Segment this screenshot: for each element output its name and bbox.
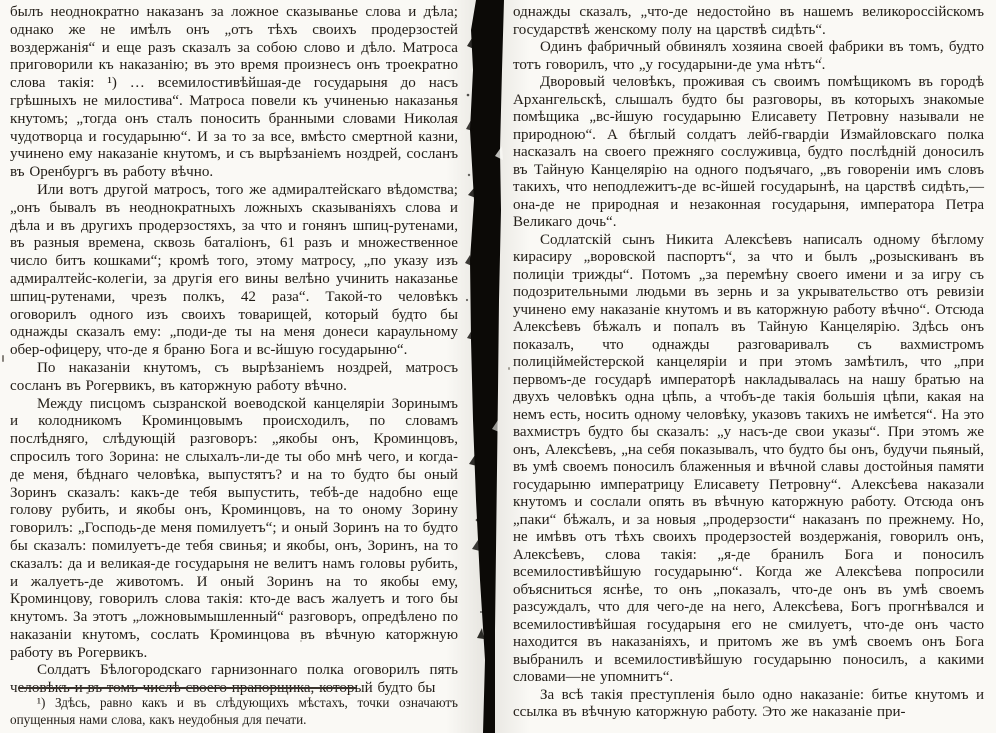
footnote-rule [18, 687, 356, 689]
right-text-column: однажды сказалъ, „что-де недостойно въ н… [513, 4, 984, 722]
book-page: былъ неоднократно наказанъ за ложное ска… [0, 0, 996, 733]
paragraph: За всѣ такія преступленія было одно нака… [513, 687, 984, 722]
paragraph: однажды сказалъ, „что-де недостойно въ н… [513, 4, 984, 39]
scan-speck [508, 367, 510, 370]
paragraph: Или вотъ другой матросъ, того же адмирал… [10, 182, 458, 360]
paragraph: По наказаніи кнутомъ, съ вырѣзаніемъ ноз… [10, 360, 458, 396]
scan-speck [300, 640, 302, 642]
paragraph: Между писцомъ сызранской воеводской канц… [10, 396, 458, 663]
scan-speck [820, 57, 822, 59]
footnote: ¹) Здѣсь, равно какъ и въ слѣдующихъ мѣс… [10, 687, 458, 728]
footnote-text: ¹) Здѣсь, равно какъ и въ слѣдующихъ мѣс… [10, 695, 458, 728]
paragraph: Одинъ фабричный обвинялъ хозяина своей ф… [513, 39, 984, 74]
book-binding-shadow [462, 0, 508, 733]
left-text-column: былъ неоднократно наказанъ за ложное ска… [10, 4, 458, 698]
paragraph: Содлатскій сынъ Никита Алексѣевъ написал… [513, 232, 984, 687]
scan-speck [940, 116, 943, 118]
paragraph: Дворовый человѣкъ, проживая съ своимъ по… [513, 74, 984, 232]
scan-speck [86, 692, 89, 694]
paragraph: былъ неоднократно наказанъ за ложное ска… [10, 4, 458, 182]
scan-speck [2, 355, 4, 362]
